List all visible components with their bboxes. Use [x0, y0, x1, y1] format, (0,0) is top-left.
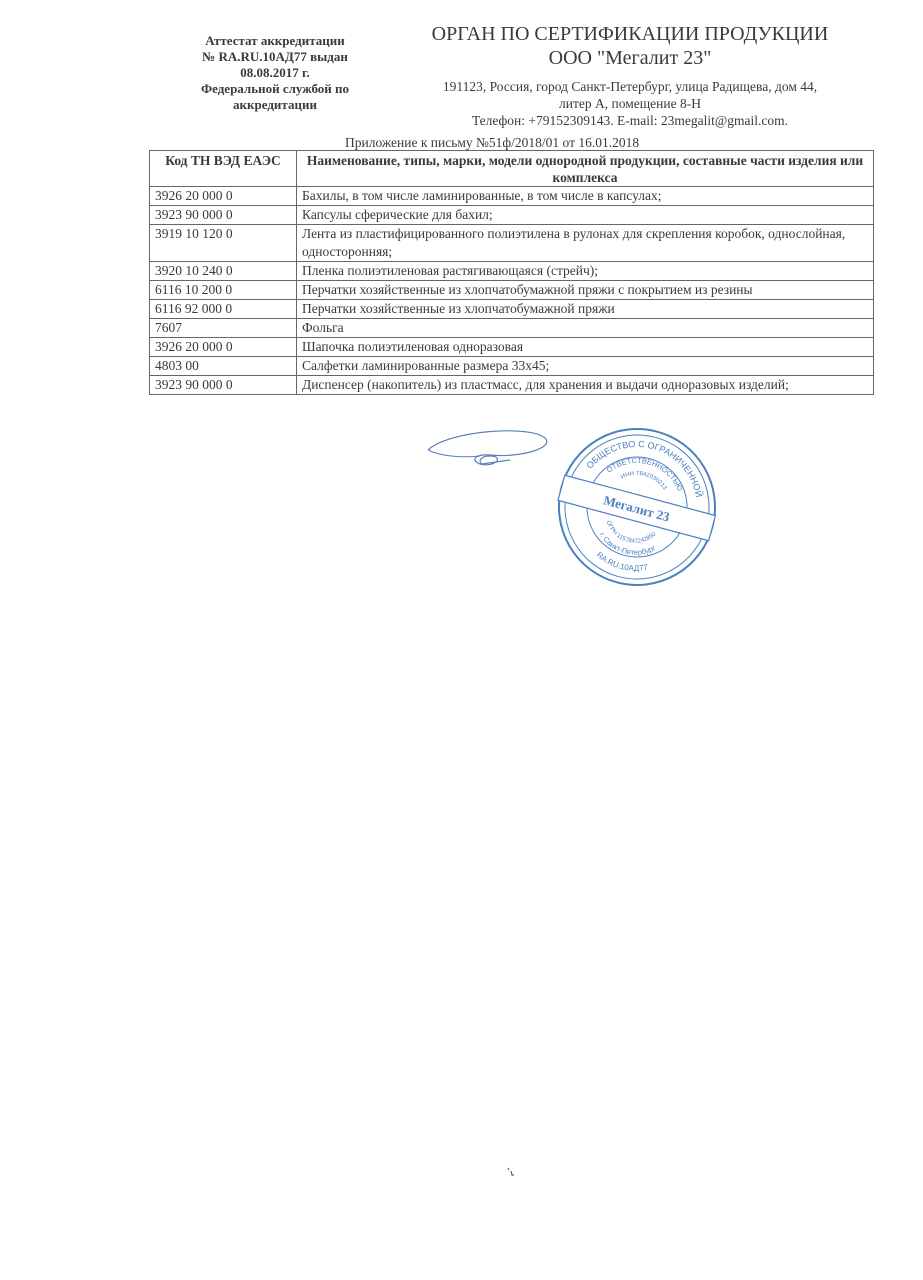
cell-code: 3926 20 000 0 — [150, 338, 297, 357]
cell-code: 6116 10 200 0 — [150, 281, 297, 300]
cell-name: Салфетки ламинированные размера 33х45; — [297, 357, 874, 376]
cell-code: 3923 90 000 0 — [150, 206, 297, 225]
table-row: 3923 90 000 0Капсулы сферические для бах… — [150, 206, 874, 225]
cell-name: Перчатки хозяйственные из хлопчатобумажн… — [297, 300, 874, 319]
org-title-line1: ОРГАН ПО СЕРТИФИКАЦИИ ПРОДУКЦИИ — [405, 22, 855, 46]
cell-name: Пленка полиэтиленовая растягивающаяся (с… — [297, 262, 874, 281]
table-row: 3926 20 000 0Бахилы, в том числе ламинир… — [150, 187, 874, 206]
cell-name: Капсулы сферические для бахил; — [297, 206, 874, 225]
cell-name: Диспенсер (накопитель) из пластмасс, для… — [297, 376, 874, 395]
table-row: 6116 92 000 0Перчатки хозяйственные из х… — [150, 300, 874, 319]
table-header-row: Код ТН ВЭД ЕАЭС Наименование, типы, марк… — [150, 151, 874, 187]
cell-name: Бахилы, в том числе ламинированные, в то… — [297, 187, 874, 206]
header-name: Наименование, типы, марки, модели одноро… — [297, 151, 874, 187]
signature — [420, 420, 560, 470]
header-code: Код ТН ВЭД ЕАЭС — [150, 151, 297, 187]
org-contacts: Телефон: +79152309143. E-mail: 23megalit… — [405, 112, 855, 129]
cell-code: 4803 00 — [150, 357, 297, 376]
table-row: 6116 10 200 0Перчатки хозяйственные из х… — [150, 281, 874, 300]
accreditation-line: Федеральной службой по — [150, 81, 400, 97]
org-title-line2: ООО "Мегалит 23" — [405, 46, 855, 70]
accreditation-line: аккредитации — [150, 97, 400, 113]
scan-mark — [505, 1165, 517, 1177]
annex-title: Приложение к письму №51ф/2018/01 от 16.0… — [345, 135, 639, 151]
table-row: 3920 10 240 0Пленка полиэтиленовая растя… — [150, 262, 874, 281]
cell-code: 6116 92 000 0 — [150, 300, 297, 319]
cell-code: 7607 — [150, 319, 297, 338]
table-row: 7607Фольга — [150, 319, 874, 338]
accreditation-block: Аттестат аккредитации № RA.RU.10АД77 выд… — [150, 33, 400, 113]
cell-code: 3920 10 240 0 — [150, 262, 297, 281]
cell-code: 3919 10 120 0 — [150, 225, 297, 262]
table-row: 3923 90 000 0Диспенсер (накопитель) из п… — [150, 376, 874, 395]
products-table: Код ТН ВЭД ЕАЭС Наименование, типы, марк… — [149, 150, 874, 395]
organization-header: ОРГАН ПО СЕРТИФИКАЦИИ ПРОДУКЦИИ ООО "Мег… — [405, 22, 855, 129]
cell-code: 3923 90 000 0 — [150, 376, 297, 395]
cell-name: Лента из пластифицированного полиэтилена… — [297, 225, 874, 262]
company-stamp: ОБЩЕСТВО С ОГРАНИЧЕННОЙ ОТВЕТСТВЕННОСТЬЮ… — [555, 425, 720, 590]
accreditation-line: № RA.RU.10АД77 выдан — [150, 49, 400, 65]
cell-name: Перчатки хозяйственные из хлопчатобумажн… — [297, 281, 874, 300]
cell-name: Фольга — [297, 319, 874, 338]
cell-code: 3926 20 000 0 — [150, 187, 297, 206]
accreditation-line: 08.08.2017 г. — [150, 65, 400, 81]
table-row: 3926 20 000 0Шапочка полиэтиленовая одно… — [150, 338, 874, 357]
table-row: 4803 00Салфетки ламинированные размера 3… — [150, 357, 874, 376]
org-address-line1: 191123, Россия, город Санкт-Петербург, у… — [405, 78, 855, 95]
cell-name: Шапочка полиэтиленовая одноразовая — [297, 338, 874, 357]
table-row: 3919 10 120 0Лента из пластифицированног… — [150, 225, 874, 262]
accreditation-line: Аттестат аккредитации — [150, 33, 400, 49]
org-address-line2: литер А, помещение 8-Н — [405, 95, 855, 112]
